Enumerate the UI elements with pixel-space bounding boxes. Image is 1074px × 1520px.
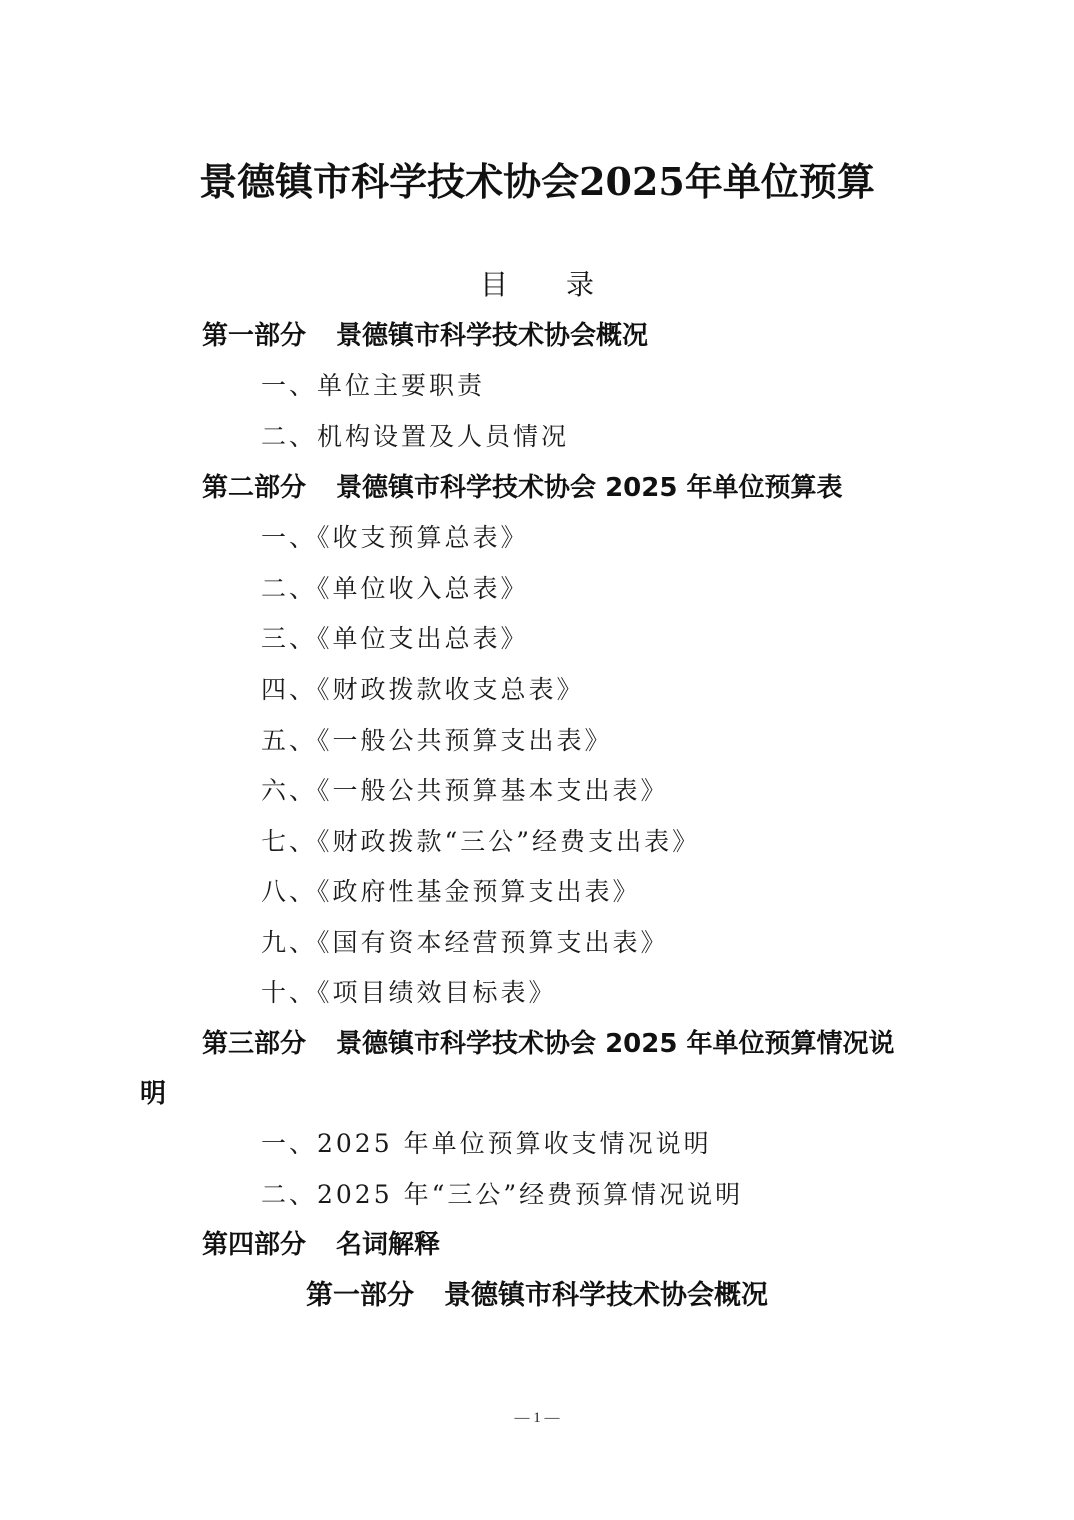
part-label: 第四部分 bbox=[202, 1230, 306, 1260]
toc-item: 二、2025 年“三公”经费预算情况说明 bbox=[261, 1172, 743, 1218]
part-title-wrap: 明 bbox=[140, 1071, 166, 1117]
toc-item: 三、《单位支出总表》 bbox=[261, 616, 529, 662]
toc-item: 二、机构设置及人员情况 bbox=[261, 414, 569, 460]
document-page: 景德镇市科学技术协会2025年单位预算 目录 第一部分景德镇市科学技术协会概况 … bbox=[0, 0, 1074, 1520]
toc-part-3: 第三部分景德镇市科学技术协会 2025 年单位预算情况说 bbox=[202, 1021, 894, 1067]
toc-part-1: 第一部分景德镇市科学技术协会概况 bbox=[202, 313, 648, 359]
toc-item: 一、《收支预算总表》 bbox=[261, 515, 529, 561]
section-title: 景德镇市科学技术协会概况 bbox=[444, 1280, 768, 1311]
document-title: 景德镇市科学技术协会2025年单位预算 bbox=[0, 152, 1074, 212]
part-title: 景德镇市科学技术协会 2025 年单位预算情况说 bbox=[336, 1029, 894, 1059]
toc-item: 五、《一般公共预算支出表》 bbox=[261, 718, 613, 764]
toc-item: 四、《财政拨款收支总表》 bbox=[261, 667, 585, 713]
toc-item: 九、《国有资本经营预算支出表》 bbox=[261, 920, 669, 966]
toc-item: 六、《一般公共预算基本支出表》 bbox=[261, 768, 669, 814]
toc-part-4: 第四部分名词解释 bbox=[202, 1222, 440, 1268]
page-number: — 1 — bbox=[0, 1410, 1074, 1427]
toc-item: 七、《财政拨款“三公”经费支出表》 bbox=[261, 819, 700, 865]
toc-item: 八、《政府性基金预算支出表》 bbox=[261, 869, 641, 915]
part-label: 第一部分 bbox=[202, 321, 306, 351]
part-title: 景德镇市科学技术协会 2025 年单位预算表 bbox=[336, 473, 842, 503]
part-title: 名词解释 bbox=[336, 1230, 440, 1260]
toc-item: 一、单位主要职责 bbox=[261, 363, 485, 409]
part-label: 第三部分 bbox=[202, 1029, 306, 1059]
part-title: 景德镇市科学技术协会概况 bbox=[336, 321, 648, 351]
section-heading: 第一部分景德镇市科学技术协会概况 bbox=[0, 1273, 1074, 1319]
toc-item: 十、《项目绩效目标表》 bbox=[261, 970, 557, 1016]
part-label: 第二部分 bbox=[202, 473, 306, 503]
toc-part-2: 第二部分景德镇市科学技术协会 2025 年单位预算表 bbox=[202, 465, 842, 511]
toc-heading: 目录 bbox=[0, 262, 1074, 308]
toc-item: 一、2025 年单位预算收支情况说明 bbox=[261, 1121, 712, 1167]
toc-heading-right: 录 bbox=[566, 268, 594, 301]
section-label: 第一部分 bbox=[306, 1280, 414, 1311]
toc-item: 二、《单位收入总表》 bbox=[261, 566, 529, 612]
toc-heading-left: 目 bbox=[480, 268, 508, 301]
